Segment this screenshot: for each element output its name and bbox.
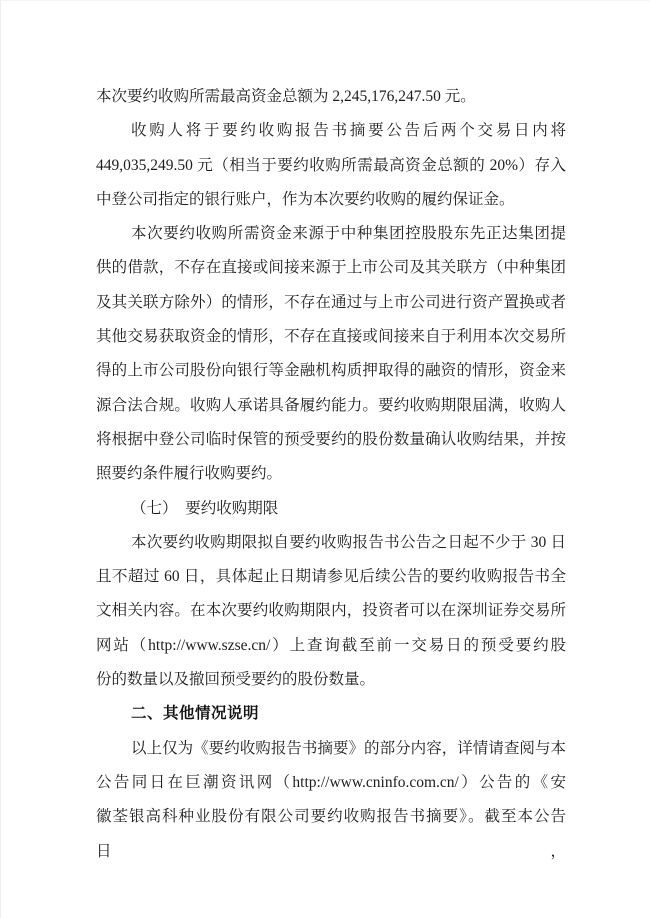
text-line: 本次要约收购所需最高资金总额为 2,245,176,247.50 元。 — [96, 80, 566, 114]
text-line: 公告同日在巨潮资讯网（http://www.cninfo.com.cn/）公告的… — [96, 766, 566, 800]
text-line: 照要约条件履行收购要约。 — [96, 457, 566, 491]
text-line: 449,035,249.50 元（相当于要约收购所需最高资金总额的 20%）存入 — [96, 149, 566, 183]
document-page: 本次要约收购所需最高资金总额为 2,245,176,247.50 元。收购人将于… — [0, 0, 650, 918]
text-line: （七） 要约收购期限 — [96, 492, 566, 526]
text-line: 文相关内容。在本次要约收购期限内，投资者可以在深圳证券交易所 — [96, 594, 566, 628]
text-line: 网站（http://www.szse.cn/）上查询截至前一交易日的预受要约股 — [96, 629, 566, 663]
text-line: 源合法合规。收购人承诺具备履约能力。要约收购期限届满，收购人 — [96, 389, 566, 423]
text-line: 收购人将于要约收购报告书摘要公告后两个交易日内将 — [96, 114, 566, 148]
text-line: 本次要约收购所需资金来源于中种集团控股股东先正达集团提 — [96, 217, 566, 251]
text-line: 且不超过 60 日，具体起止日期请参见后续公告的要约收购报告书全 — [96, 560, 566, 594]
text-line: 本次要约收购期限拟自要约收购报告书公告之日起不少于 30 日 — [96, 526, 566, 560]
text-line: 徽荃银高科种业股份有限公司要约收购报告书摘要》。截至本公告日， — [96, 800, 566, 834]
text-line: 其他交易获取资金的情形，不存在直接或间接来自于利用本次交易所 — [96, 320, 566, 354]
text-line: 中登公司指定的银行账户，作为本次要约收购的履约保证金。 — [96, 183, 566, 217]
text-line: 以上仅为《要约收购报告书摘要》的部分内容，详情请查阅与本 — [96, 732, 566, 766]
text-line: 及其关联方除外）的情形，不存在通过与上市公司进行资产置换或者 — [96, 286, 566, 320]
text-line: 得的上市公司股份向银行等金融机构质押取得的融资的情形，资金来 — [96, 354, 566, 388]
text-line: 份的数量以及撤回预受要约的股份数量。 — [96, 663, 566, 697]
text-line: 将根据中登公司临时保管的预受要约的股份数量确认收购结果，并按 — [96, 423, 566, 457]
text-line: 供的借款，不存在直接或间接来源于上市公司及其关联方（中种集团 — [96, 251, 566, 285]
document-content: 本次要约收购所需最高资金总额为 2,245,176,247.50 元。收购人将于… — [96, 80, 566, 835]
section-heading: 二、其他情况说明 — [96, 697, 566, 731]
